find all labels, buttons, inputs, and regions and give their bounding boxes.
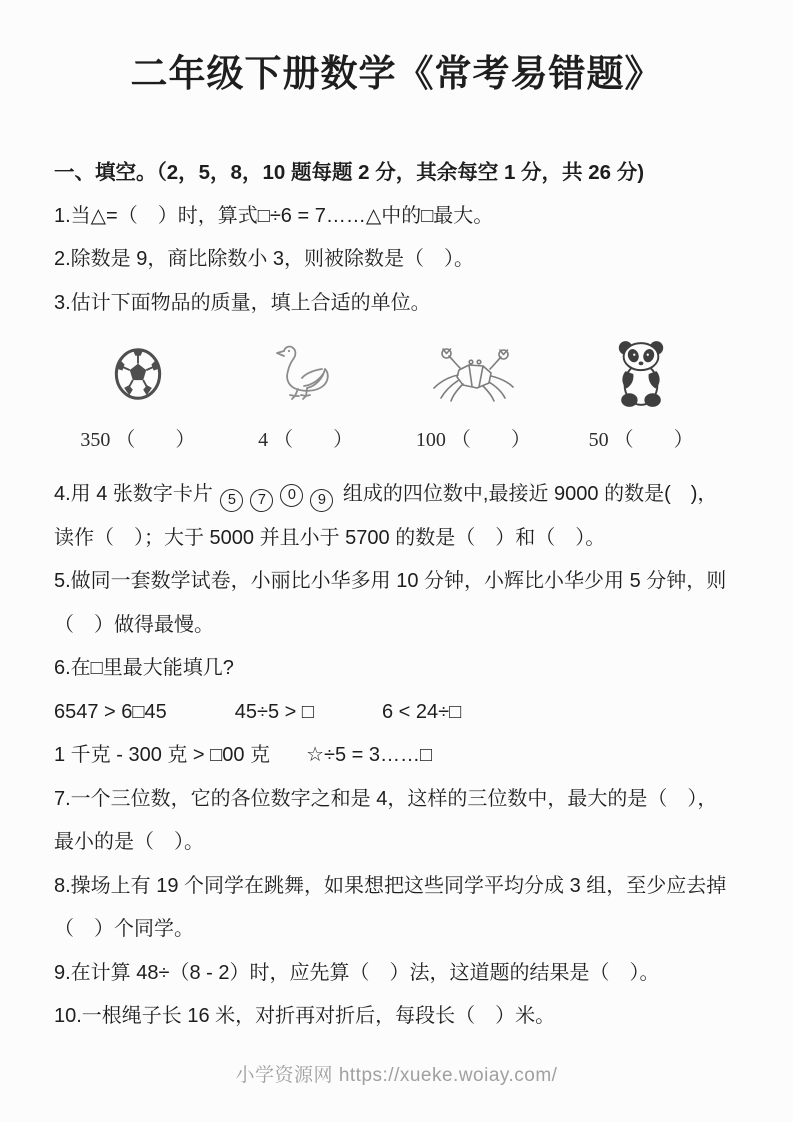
question-8-line2: （ ）个同学。 [54,908,739,952]
question-2: 2.除数是 9，商比除数小 3，则被除数是（ ）。 [54,238,739,282]
number-card-7: 7 [250,489,273,512]
question-4-prefix: 4.用 4 张数字卡片 [54,483,213,505]
equation-star-div-5: ☆÷5 = 3……□ [306,734,432,778]
estimation-items-row: 350 （ ） 4 （ ） [54,325,739,473]
estimation-item-duck: 4 （ ） [222,327,390,473]
duck-mass-label: 4 （ ） [258,423,353,452]
duck-icon [274,327,338,421]
equation-6547: 6547 > 6□45 [54,691,167,735]
question-1: 1.当△=（ ）时，算式□÷6 = 7……△中的□最大。 [54,195,739,239]
equation-kilogram: 1 千克 - 300 克 > □00 克 [54,734,270,778]
estimation-item-soccer-ball: 350 （ ） [54,327,222,473]
question-6-equations-row1: 6547 > 6□45 45÷5 > □ 6 < 24÷□ [54,691,739,735]
question-5-line1: 5.做同一套数学试卷，小丽比小华多用 10 分钟，小辉比小华少用 5 分钟，则 [54,560,739,604]
crab-icon [429,327,517,421]
question-7-line1: 7.一个三位数，它的各位数字之和是 4，这样的三位数中，最大的是（ ）， [54,778,739,822]
question-3: 3.估计下面物品的质量，填上合适的单位。 [54,282,739,326]
question-5-line2: （ ）做得最慢。 [54,604,739,648]
question-7-line2: 最小的是（ ）。 [54,821,739,865]
equation-45-div-5: 45÷5 > □ [235,691,314,735]
worksheet-page: 二年级下册数学《常考易错题》 一、填空。（2，5，8，10 题每题 2 分，其余… [0,0,793,1122]
soccer-ball-mass-label: 350 （ ） [80,423,195,452]
question-9: 9.在计算 48÷（8 - 2）时，应先算（ ）法，这道题的结果是（ ）。 [54,952,739,996]
estimation-item-crab: 100 （ ） [390,327,558,473]
panda-icon [613,327,669,421]
number-card-0: 0 [280,484,303,507]
question-4-line2: 读作（ ）；大于 5000 并且小于 5700 的数是（ ）和（ ）。 [54,517,739,561]
page-title: 二年级下册数学《常考易错题》 [0,0,793,98]
panda-mass-label: 50 （ ） [589,423,694,452]
question-10: 10.一根绳子长 16 米，对折再对折后，每段长（ ）米。 [54,995,739,1039]
question-8-line1: 8.操场上有 19 个同学在跳舞，如果想把这些同学平均分成 3 组，至少应去掉 [54,865,739,909]
number-card-5: 5 [220,489,243,512]
section-heading: 一、填空。（2，5，8，10 题每题 2 分，其余每空 1 分，共 26 分) [54,151,739,195]
worksheet-content: 一、填空。（2，5，8，10 题每题 2 分，其余每空 1 分，共 26 分) … [0,151,793,1039]
footer-watermark: 小学资源网 https://xueke.woiay.com/ [0,1060,793,1087]
equation-24-div: 6 < 24÷□ [382,691,461,735]
number-card-9: 9 [310,489,333,512]
question-6-equations-row2: 1 千克 - 300 克 > □00 克 ☆÷5 = 3……□ [54,734,739,778]
soccer-ball-icon [112,327,164,421]
estimation-item-panda: 50 （ ） [557,327,725,473]
question-4-suffix: 组成的四位数中,最接近 9000 的数是( )， [343,483,717,505]
question-4-line1: 4.用 4 张数字卡片5709组成的四位数中,最接近 9000 的数是( )， [54,473,739,517]
crab-mass-label: 100 （ ） [416,423,531,452]
question-6: 6.在□里最大能填几? [54,647,739,691]
